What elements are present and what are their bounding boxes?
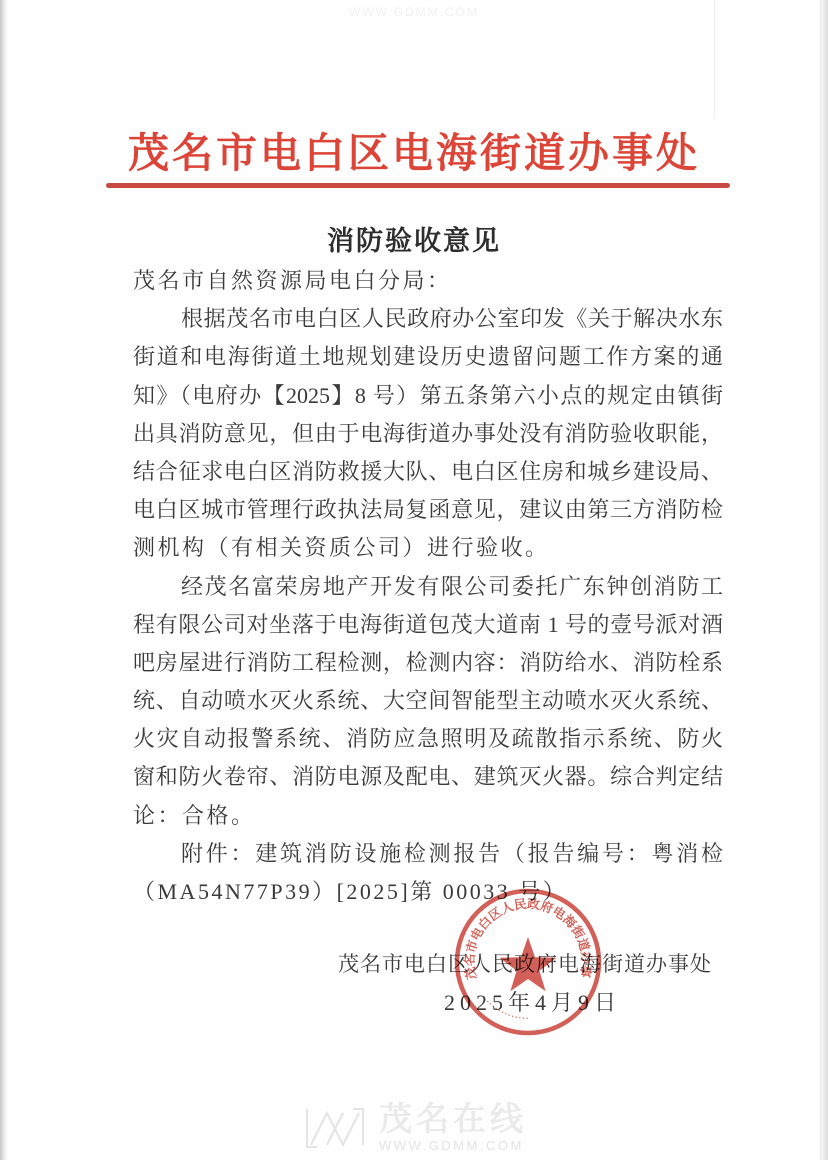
official-seal: 茂名市电白区人民政府电海街道办事处 ••••••••••••• bbox=[450, 884, 606, 1040]
document-photo: WWW.GDMM.COM 茂名市电白区电海街道办事处 消防验收意见 茂名市自然资… bbox=[0, 0, 828, 1160]
site-name-watermark: 茂名在线 bbox=[379, 1102, 527, 1135]
body-line: 吧房屋进行消防工程检测，检测内容：消防给水、消防栓系 bbox=[133, 644, 723, 682]
document-body: 茂名市自然资源局电白分局：根据茂名市电白区人民政府办公室印发《关于解决水东街道和… bbox=[133, 262, 723, 911]
body-line: 街道和电海街道土地规划建设历史遗留问题工作方案的通 bbox=[133, 338, 723, 376]
document-title: 消防验收意见 bbox=[0, 219, 828, 258]
site-url-watermark: WWW.GDMM.COM bbox=[379, 1139, 524, 1152]
body-line: 论：合格。 bbox=[133, 797, 723, 835]
body-line: 根据茂名市电白区人民政府办公室印发《关于解决水东 bbox=[133, 300, 723, 338]
top-watermark: WWW.GDMM.COM bbox=[0, 5, 828, 19]
body-line: 电白区城市管理行政执法局复函意见，建议由第三方消防检 bbox=[133, 491, 723, 529]
body-line: 经茂名富荣房地产开发有限公司委托广东钟创消防工 bbox=[133, 568, 723, 606]
seal-star-icon bbox=[499, 937, 556, 991]
body-line: 窗和防火卷帘、消防电源及配电、建筑灭火器。综合判定结 bbox=[133, 758, 723, 796]
body-line: 附件：建筑消防设施检测报告（报告编号：粤消检 bbox=[133, 835, 723, 873]
letterhead-divider bbox=[106, 183, 730, 188]
letterhead-title: 茂名市电白区电海街道办事处 bbox=[0, 120, 828, 179]
body-line: （MA54N77P39）[2025]第 00033 号） bbox=[133, 873, 723, 911]
body-line: 结合征求电白区消防救援大队、电白区住房和城乡建设局、 bbox=[133, 453, 723, 491]
seal-code-text: ••••••••••••• bbox=[485, 999, 531, 1022]
svg-text:•••••••••••••: ••••••••••••• bbox=[485, 999, 531, 1022]
body-line: 出具消防意见，但由于电海街道办事处没有消防验收职能， bbox=[133, 415, 723, 453]
body-line: 程有限公司对坐落于电海街道包茂大道南 1 号的壹号派对酒 bbox=[133, 606, 723, 644]
bottom-watermark: 茂名在线 WWW.GDMM.COM bbox=[303, 1096, 563, 1158]
body-line: 知》（电府办【2025】8 号）第五条第六小点的规定由镇街 bbox=[133, 377, 723, 415]
site-logo-icon bbox=[303, 1101, 367, 1153]
body-line: 茂名市自然资源局电白分局： bbox=[133, 262, 723, 300]
body-line: 火灾自动报警系统、消防应急照明及疏散指示系统、防火门、 bbox=[133, 720, 723, 758]
body-line: 统、自动喷水灭火系统、大空间智能型主动喷水灭火系统、 bbox=[133, 682, 723, 720]
body-line: 测机构（有相关资质公司）进行验收。 bbox=[133, 529, 723, 567]
